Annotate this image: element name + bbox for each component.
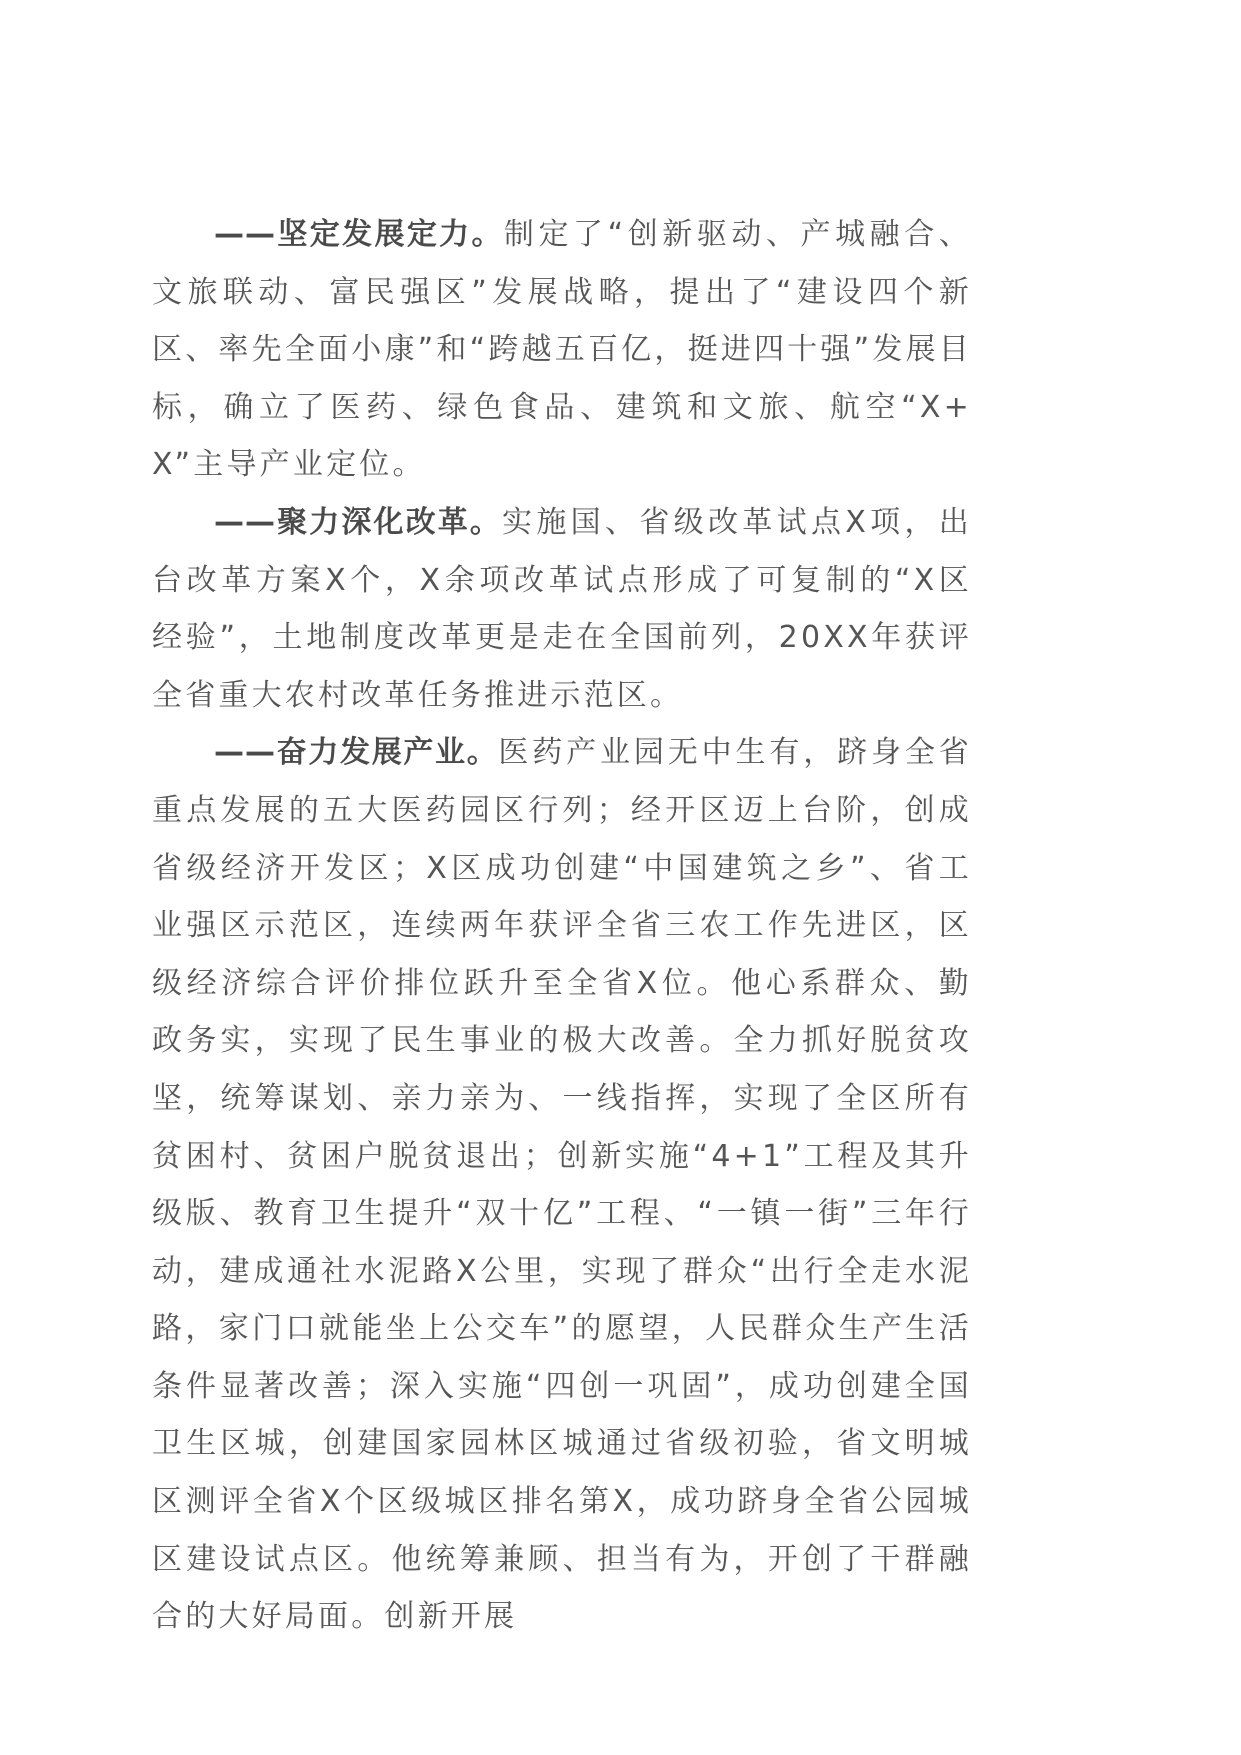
paragraph-heading: ——奋力发展产业。: [214, 735, 498, 770]
paragraph-heading: ——坚定发展定力。: [214, 217, 504, 252]
paragraph-body: 医药产业园无中生有，跻身全省重点发展的五大医药园区行列；经开区迈上台阶，创成省级…: [152, 735, 972, 1634]
paragraph-deepen-reform: ——聚力深化改革。实施国、省级改革试点X项，出台改革方案X个，X余项改革试点形成…: [152, 494, 972, 724]
document-page: ——坚定发展定力。制定了“创新驱动、产城融合、文旅联动、富民强区”发展战略，提出…: [152, 206, 972, 1646]
paragraph-body: 制定了“创新驱动、产城融合、文旅联动、富民强区”发展战略，提出了“建设四个新区、…: [152, 217, 972, 482]
paragraph-heading: ——聚力深化改革。: [214, 505, 502, 540]
paragraph-firm-development: ——坚定发展定力。制定了“创新驱动、产城融合、文旅联动、富民强区”发展战略，提出…: [152, 206, 972, 494]
paragraph-develop-industry: ——奋力发展产业。医药产业园无中生有，跻身全省重点发展的五大医药园区行列；经开区…: [152, 724, 972, 1646]
